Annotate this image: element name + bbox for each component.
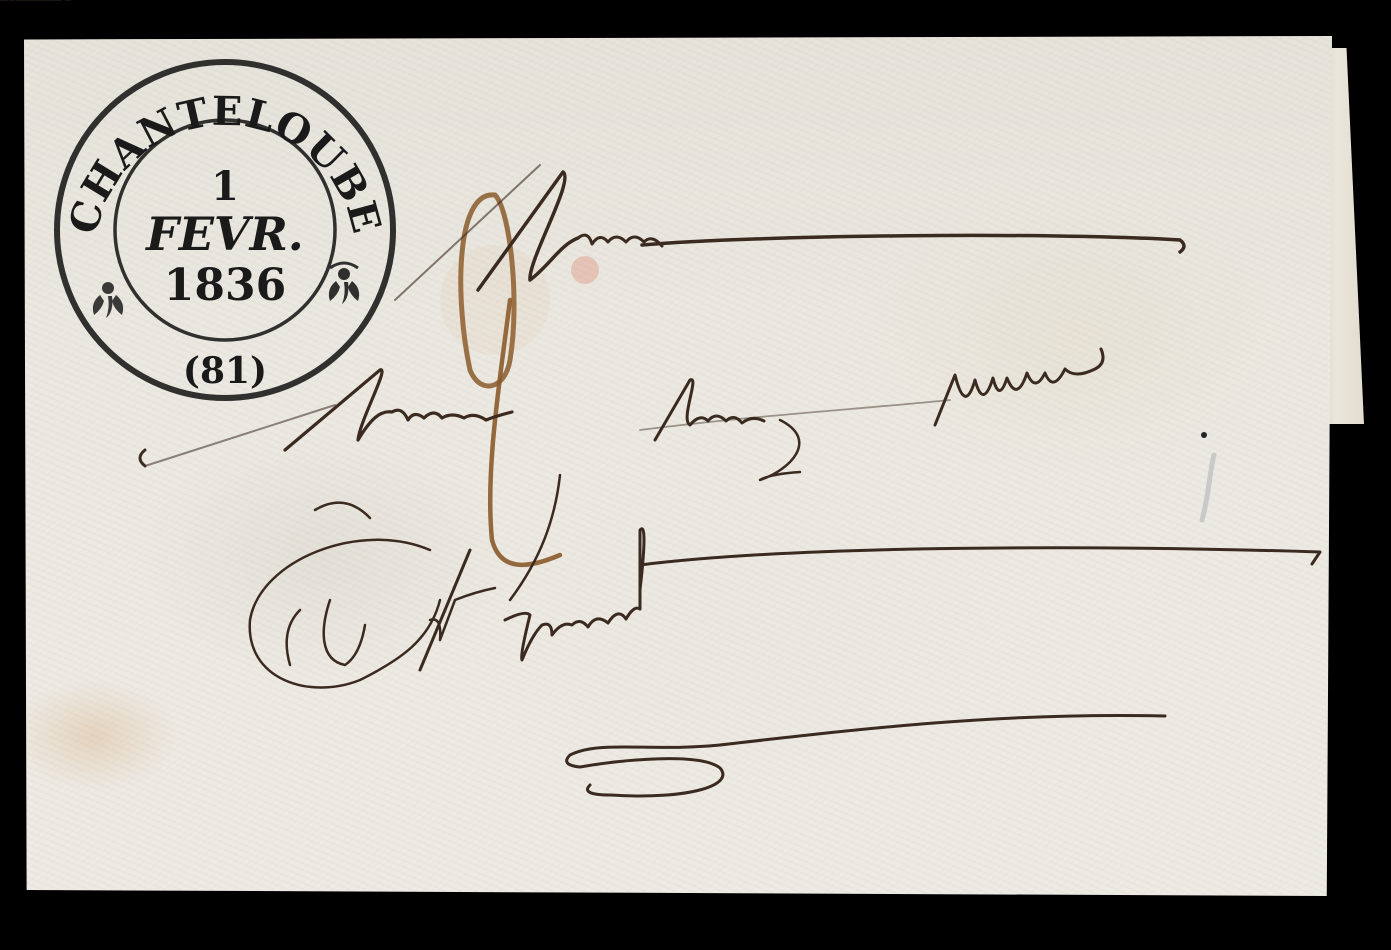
bottom-flourish <box>567 715 1165 796</box>
letter-markings: CHANTELOUBE 1 FEVR. 1836 (81) <box>0 0 1391 950</box>
fleuron-right-icon <box>329 263 359 304</box>
postmark-month: FEVR. <box>144 207 304 261</box>
postmark-year: 1836 <box>164 260 286 311</box>
ink-dot <box>1201 432 1207 438</box>
postmark-day: 1 <box>211 163 239 210</box>
postmark-department: (81) <box>183 350 267 392</box>
postmark-cds: CHANTELOUBE 1 FEVR. 1836 (81) <box>57 62 393 398</box>
fleuron-left-icon <box>93 282 123 318</box>
paper-scratch <box>1202 455 1214 520</box>
svg-text:St Leonard: St Leonard <box>0 0 71 4</box>
scan-background: CHANTELOUBE 1 FEVR. 1836 (81) <box>0 0 1391 950</box>
red-ink-spot <box>571 256 599 284</box>
